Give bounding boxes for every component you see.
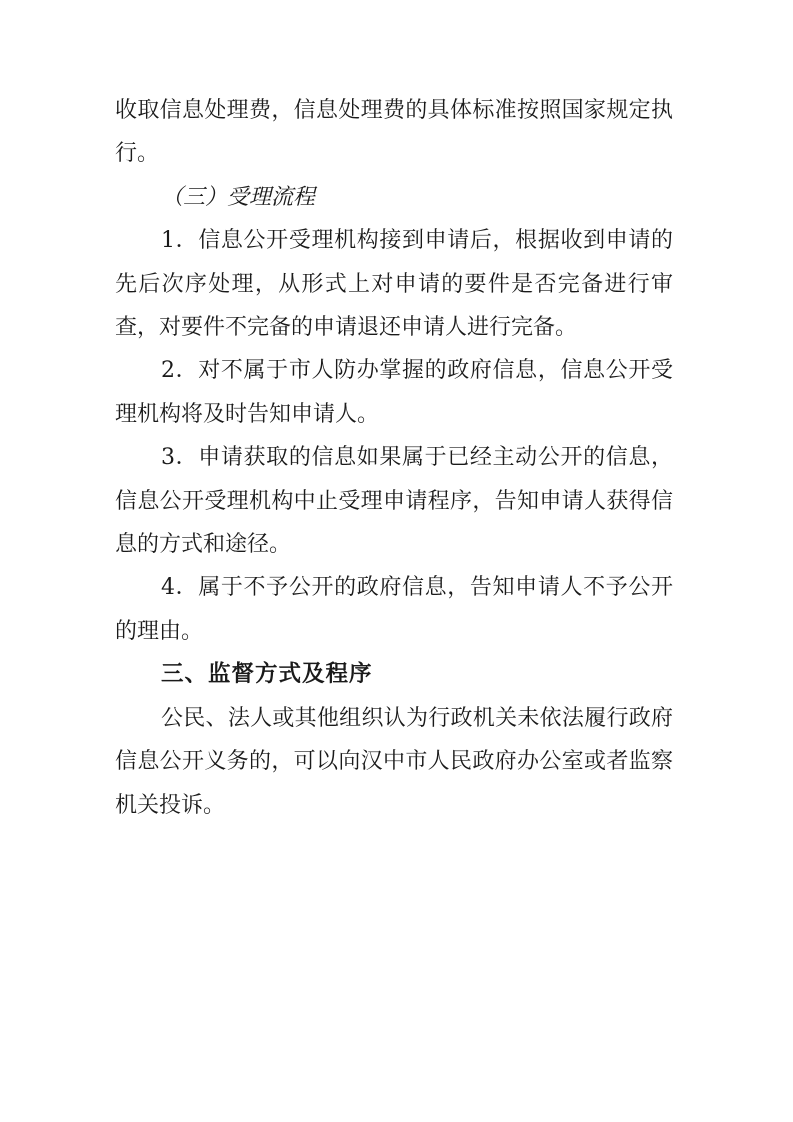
list-item-3-already-public-info: 3．申请获取的信息如果属于已经主动公开的信息，信息公开受理机构中止受理申请程序，…	[115, 436, 673, 566]
paragraph-complaint-channel: 公民、法人或其他组织认为行政机关未依法履行政府信息公开义务的，可以向汉中市人民政…	[115, 697, 673, 827]
list-item-4-nondisclosure-reason: 4．属于不予公开的政府信息，告知申请人不予公开的理由。	[115, 566, 673, 653]
document-page: 收取信息处理费，信息处理费的具体标准按照国家规定执行。 （三）受理流程 1．信息…	[0, 0, 793, 1122]
list-item-2-not-held-info: 2．对不属于市人防办掌握的政府信息，信息公开受理机构将及时告知申请人。	[115, 349, 673, 436]
paragraph-fee-standard-continuation: 收取信息处理费，信息处理费的具体标准按照国家规定执行。	[115, 89, 673, 176]
list-item-1-review-order: 1．信息公开受理机构接到申请后，根据收到申请的先后次序处理，从形式上对申请的要件…	[115, 219, 673, 349]
document-body: 收取信息处理费，信息处理费的具体标准按照国家规定执行。 （三）受理流程 1．信息…	[115, 89, 673, 827]
subheading-acceptance-process: （三）受理流程	[115, 176, 673, 219]
heading-supervision-method-procedure: 三、监督方式及程序	[115, 653, 673, 696]
